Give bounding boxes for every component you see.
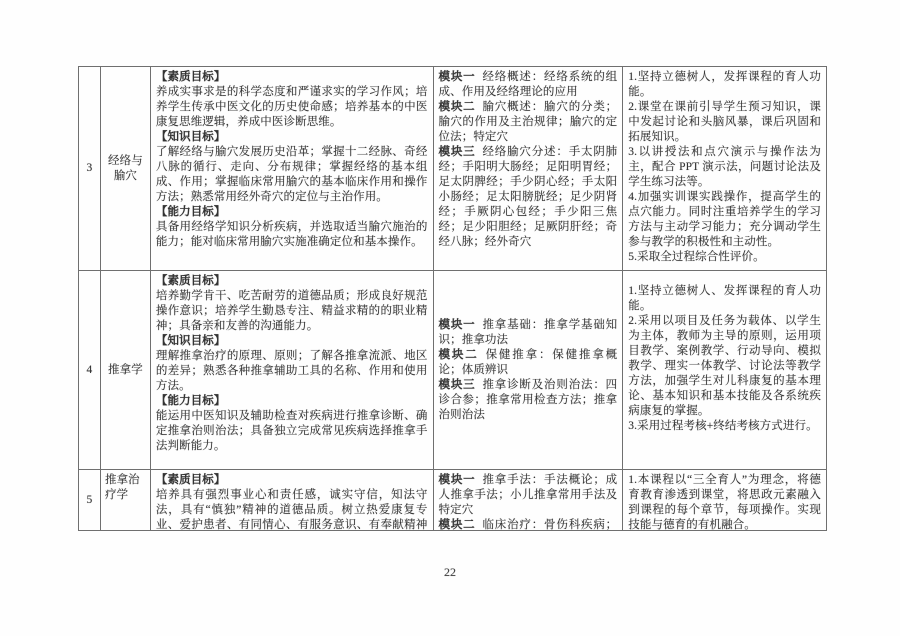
course-name-cell: 推拿学 (101, 271, 151, 470)
module-label: 模块二 (439, 349, 479, 361)
course-name-cell: 经络与腧穴 (101, 67, 151, 271)
table-row: 4 推拿学 【素质目标】 培养勤学肯干、吃苦耐劳的道德品质；形成良好规范操作意识… (79, 271, 827, 470)
objective-body: 能运用中医知识及辅助检查对疾病进行推拿诊断、确定推拿治则治法；具备独立完成常见疾… (156, 409, 428, 454)
objective-heading: 【能力目标】 (156, 394, 428, 409)
document-page: 3 经络与腧穴 【素质目标】 养成实事求是的科学态度和严谨求实的学习作风；培养学… (0, 0, 900, 636)
row-number-cell: 3 (79, 67, 101, 271)
objectives-cell: 【素质目标】 养成实事求是的科学态度和严谨求实的学习作风；培养学生传承中医文化的… (151, 67, 434, 271)
row-number-cell: 4 (79, 271, 101, 470)
course-name: 推拿治疗学 (105, 473, 146, 503)
method-item: 2.课堂在课前引导学生预习知识，课中发起讨论和头脑风暴，课后巩固和拓展知识。 (628, 100, 821, 145)
module-item: 模块一经络概述：经络系统的组成、作用及经络理论的应用 (439, 70, 618, 100)
row-number: 4 (87, 363, 93, 378)
module-label: 模块三 (439, 146, 476, 158)
objective-body: 培养具有强烈事业心和责任感，诚实守信，知法守法，具有“慎独”精神的道德品质。树立… (156, 488, 428, 531)
method-item: 5.采取全过程综合性评价。 (628, 250, 821, 265)
method-item: 1.坚持立德树人，发挥课程的育人功能。 (628, 70, 821, 100)
modules-cell: 模块一经络概述：经络系统的组成、作用及经络理论的应用 模块二腧穴概述：腧穴的分类… (434, 67, 624, 271)
module-item: 模块三经络腧穴分述：手太阴肺经；手阳明大肠经；足阳明胃经；足太阴脾经；手少阴心经… (439, 145, 618, 250)
objective-body: 了解经络与腧穴发展历史沿革；掌握十二经脉、奇经八脉的循行、走向、分布规律；掌握经… (156, 145, 428, 205)
objectives-cell: 【素质目标】 培养勤学肯干、吃苦耐劳的道德品质；形成良好规范操作意识；培养学生勤… (151, 271, 434, 470)
module-text: 经络腧穴分述：手太阴肺经；手阳明大肠经；足阳明胃经；足太阴脾经；手少阴心经；手太… (439, 146, 618, 248)
module-item: 模块一推拿基础：推拿学基础知识；推拿功法 (439, 318, 618, 348)
course-name-cell: 推拿治疗学 (101, 470, 151, 531)
module-label: 模块一 (439, 71, 476, 83)
methods-cell: 1.坚持立德树人，发挥课程的育人功能。 2.课堂在课前引导学生预习知识，课中发起… (623, 67, 827, 271)
method-item: 3.以讲授法和点穴演示与操作法为主，配合 PPT 演示法，问题讨论法及学生练习法… (628, 145, 821, 190)
module-label: 模块一 (439, 319, 476, 331)
objective-heading: 【知识目标】 (156, 130, 428, 145)
modules-cell: 模块一推拿手法：手法概论；成人推拿手法；小儿推拿常用手法及特定穴 模块二临床治疗… (434, 470, 624, 531)
module-item: 模块二临床治疗：骨伤科疾病；内、妇、五官、小儿科疾病 (439, 518, 618, 531)
method-item: 1.坚持立德树人、发挥课程的育人功能。 (628, 284, 821, 314)
objective-body: 培养勤学肯干、吃苦耐劳的道德品质；形成良好规范操作意识；培养学生勤恳专注、精益求… (156, 289, 428, 334)
methods-cell: 1.本课程以“三全育人”为理念，将德育教育渗透到课堂，将思政元素融入到课程的每个… (623, 470, 827, 531)
course-table: 3 经络与腧穴 【素质目标】 养成实事求是的科学态度和严谨求实的学习作风；培养学… (78, 66, 827, 531)
modules-cell: 模块一推拿基础：推拿学基础知识；推拿功法 模块二保健推拿：保健推拿概论；体质辨识… (434, 271, 624, 470)
row-number-cell: 5 (79, 470, 101, 531)
module-item: 模块二腧穴概述：腧穴的分类；腧穴的作用及主治规律；腧穴的定位法；特定穴 (439, 100, 618, 145)
objective-heading: 【能力目标】 (156, 205, 428, 220)
objective-body: 理解推拿治疗的原理、原则；了解各推拿流派、地区的差异；熟悉各种推拿辅助工具的名称… (156, 349, 428, 394)
module-label: 模块二 (439, 101, 476, 113)
row-number: 3 (87, 161, 93, 176)
module-label: 模块一 (439, 474, 476, 486)
method-item: 4.加强实训课实践操作，提高学生的点穴能力。同时注重培养学生的学习方法与主动学习… (628, 190, 821, 250)
module-label: 模块二 (439, 519, 476, 531)
course-name: 推拿学 (108, 363, 143, 378)
objective-heading: 【素质目标】 (156, 274, 428, 289)
objective-body: 养成实事求是的科学态度和严谨求实的学习作风；培养学生传承中医文化的历史使命感；培… (156, 85, 428, 130)
table-row: 3 经络与腧穴 【素质目标】 养成实事求是的科学态度和严谨求实的学习作风；培养学… (79, 67, 827, 271)
module-item: 模块一推拿手法：手法概论；成人推拿手法；小儿推拿常用手法及特定穴 (439, 473, 618, 518)
module-item: 模块二保健推拿：保健推拿概论；体质辨识 (439, 348, 618, 378)
method-item: 3.采用过程考核+终结考核方式进行。 (628, 419, 821, 434)
objective-heading: 【知识目标】 (156, 334, 428, 349)
table-row: 5 推拿治疗学 【素质目标】 培养具有强烈事业心和责任感，诚实守信，知法守法，具… (79, 470, 827, 531)
method-item: 2.采用以项目及任务为载体、以学生为主体，教师为主导的原则，运用项目教学、案例教… (628, 314, 821, 419)
objective-body: 具备用经络学知识分析疾病，并选取适当腧穴施治的能力；能对临床常用腧穴实施准确定位… (156, 220, 428, 250)
module-item: 模块三推拿诊断及治则治法：四诊合参；推拿常用检查方法；推拿治则治法 (439, 378, 618, 423)
row-number: 5 (87, 493, 93, 508)
module-label: 模块三 (439, 379, 476, 391)
page-number: 22 (0, 565, 900, 580)
course-name: 经络与腧穴 (103, 154, 148, 184)
objectives-cell: 【素质目标】 培养具有强烈事业心和责任感，诚实守信，知法守法，具有“慎独”精神的… (151, 470, 434, 531)
method-item: 1.本课程以“三全育人”为理念，将德育教育渗透到课堂，将思政元素融入到课程的每个… (628, 473, 821, 531)
objective-heading: 【素质目标】 (156, 70, 428, 85)
methods-cell: 1.坚持立德树人、发挥课程的育人功能。 2.采用以项目及任务为载体、以学生为主体… (623, 271, 827, 470)
objective-heading: 【素质目标】 (156, 473, 428, 488)
